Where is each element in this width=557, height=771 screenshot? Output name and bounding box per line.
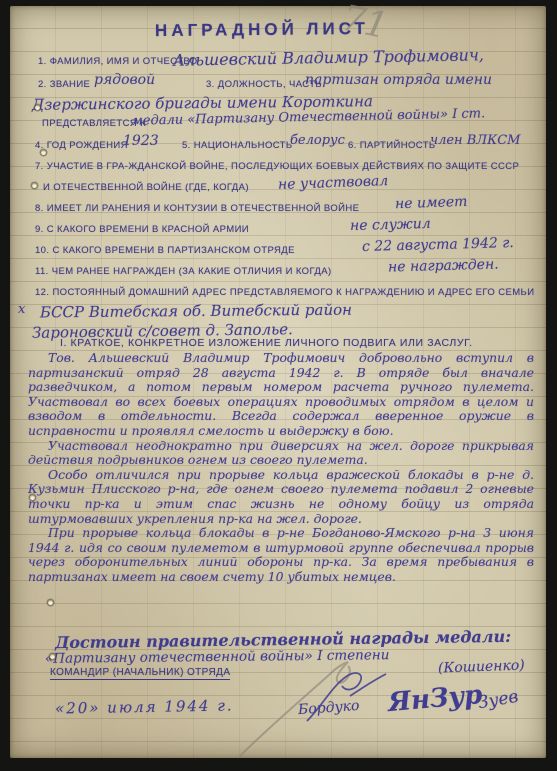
address-stray-mark: х: [18, 302, 25, 317]
scanned-award-sheet: 71 НАГРАДНОЙ ЛИСТ 1. Фамилия, имя и отче…: [0, 0, 557, 771]
field-rank-value: рядовой: [94, 72, 155, 88]
field-birthyear-value: 1923: [123, 133, 159, 149]
field-nationality-value: белорус: [290, 133, 345, 148]
field-position-value: партизан отряда имени: [305, 72, 492, 88]
ink-flourish: [302, 666, 392, 726]
signature: ЯнЗур: [387, 680, 484, 718]
field-rank-label: 2. Звание: [38, 79, 90, 90]
field-partisan-since-value: с 22 августа 1942 г.: [362, 235, 514, 255]
field-prior-awards-label: 11. Чем ранее награжден (за какие отличи…: [35, 266, 332, 277]
page-title: НАГРАДНОЙ ЛИСТ: [155, 19, 369, 41]
field-warservice-label: 7. Участие в гра-жданской войне, последу…: [35, 161, 519, 172]
section-heading: I. Краткое, конкретное изложение личного…: [60, 337, 473, 349]
citation-paragraph: Участвовал неоднократно при диверсиях на…: [28, 439, 534, 468]
document-paper: 71 НАГРАДНОЙ ЛИСТ 1. Фамилия, имя и отче…: [10, 6, 546, 758]
presented-label: Представляется к: [42, 118, 146, 129]
field-redarmy-value: не служил: [350, 216, 431, 234]
citation-paragraph: Тов. Альшевский Владимир Трофимович добр…: [28, 351, 534, 439]
citation-text: Тов. Альшевский Владимир Трофимович добр…: [28, 351, 534, 585]
field-name-value: Альшевский Владимир Трофимович,: [173, 45, 484, 69]
field-party-label: 6. Партийность: [348, 140, 436, 151]
file-hole: [35, 105, 40, 110]
file-hole: [50, 654, 55, 659]
commander-label: Командир (начальник) отряда: [50, 667, 230, 680]
file-hole: [30, 495, 35, 500]
field-address-label: 12. Постоянный домашний адрес представля…: [35, 287, 534, 298]
citation-paragraph: При прорыве кольца блокады в р-не Богдан…: [28, 526, 534, 584]
signature: Зуев: [477, 687, 520, 714]
field-wounds-value: не имеет: [395, 194, 468, 213]
file-hole: [41, 150, 46, 155]
commander-name: (Кошиенко): [438, 657, 525, 676]
field-redarmy-label: 9. С какого времени в Красной Армии: [35, 224, 249, 235]
field-nationality-label: 5. Национальность: [182, 140, 293, 151]
field-prior-awards-value: не награжден.: [388, 257, 499, 276]
file-hole: [32, 183, 37, 188]
field-partisan-since-label: 10. С какого времени в партизанском отря…: [35, 245, 295, 256]
field-party-value: член ВЛКСМ: [430, 133, 520, 148]
field-warservice-value: не участвовал: [278, 173, 389, 193]
field-address-value-line1: БССР Витебская об. Витебский район: [40, 301, 352, 322]
date-line: «20» июля 1944 г.: [55, 696, 234, 717]
file-hole: [48, 600, 53, 605]
field-birthyear-label: 4. Год рождения: [35, 140, 128, 151]
field-wounds-label: 8. Имеет ли ранения и контузии в отечест…: [35, 203, 359, 214]
citation-paragraph: Особо отличился при прорыве кольца враже…: [28, 468, 534, 526]
field-warservice-label2: и отечественной войне (где, когда): [43, 182, 249, 193]
